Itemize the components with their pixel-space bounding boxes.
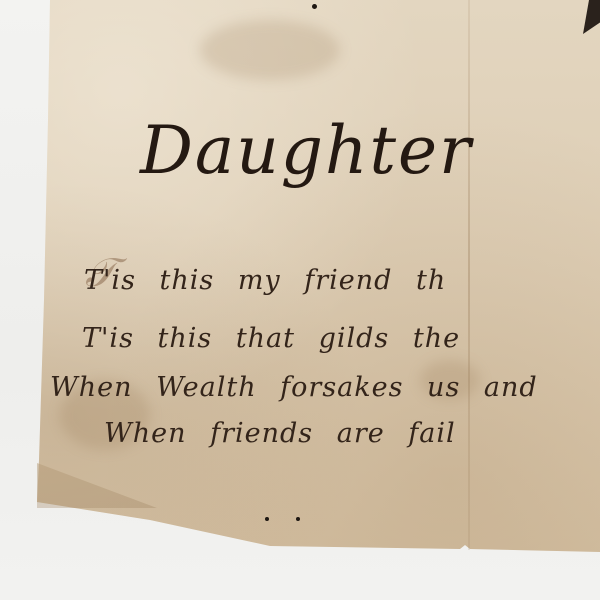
bottom-ink-dot [265,517,269,521]
ink-blot [312,4,317,9]
verse-line-4: When friends are fail [104,418,456,449]
paper-stain [200,20,340,80]
document-title: Daughter [140,112,473,189]
aged-paper-sheet [0,0,600,600]
verse-line-1: T'is this my friend th [84,265,446,296]
photo-scene: 𝒯 Daughter T'is this my friend th T'is t… [0,0,600,600]
verse-line-3: When Wealth forsakes us and [50,372,538,403]
bottom-ink-dot [296,517,300,521]
paper-fold-crease [468,0,470,550]
verse-line-2: T'is this that gilds the [82,323,460,354]
